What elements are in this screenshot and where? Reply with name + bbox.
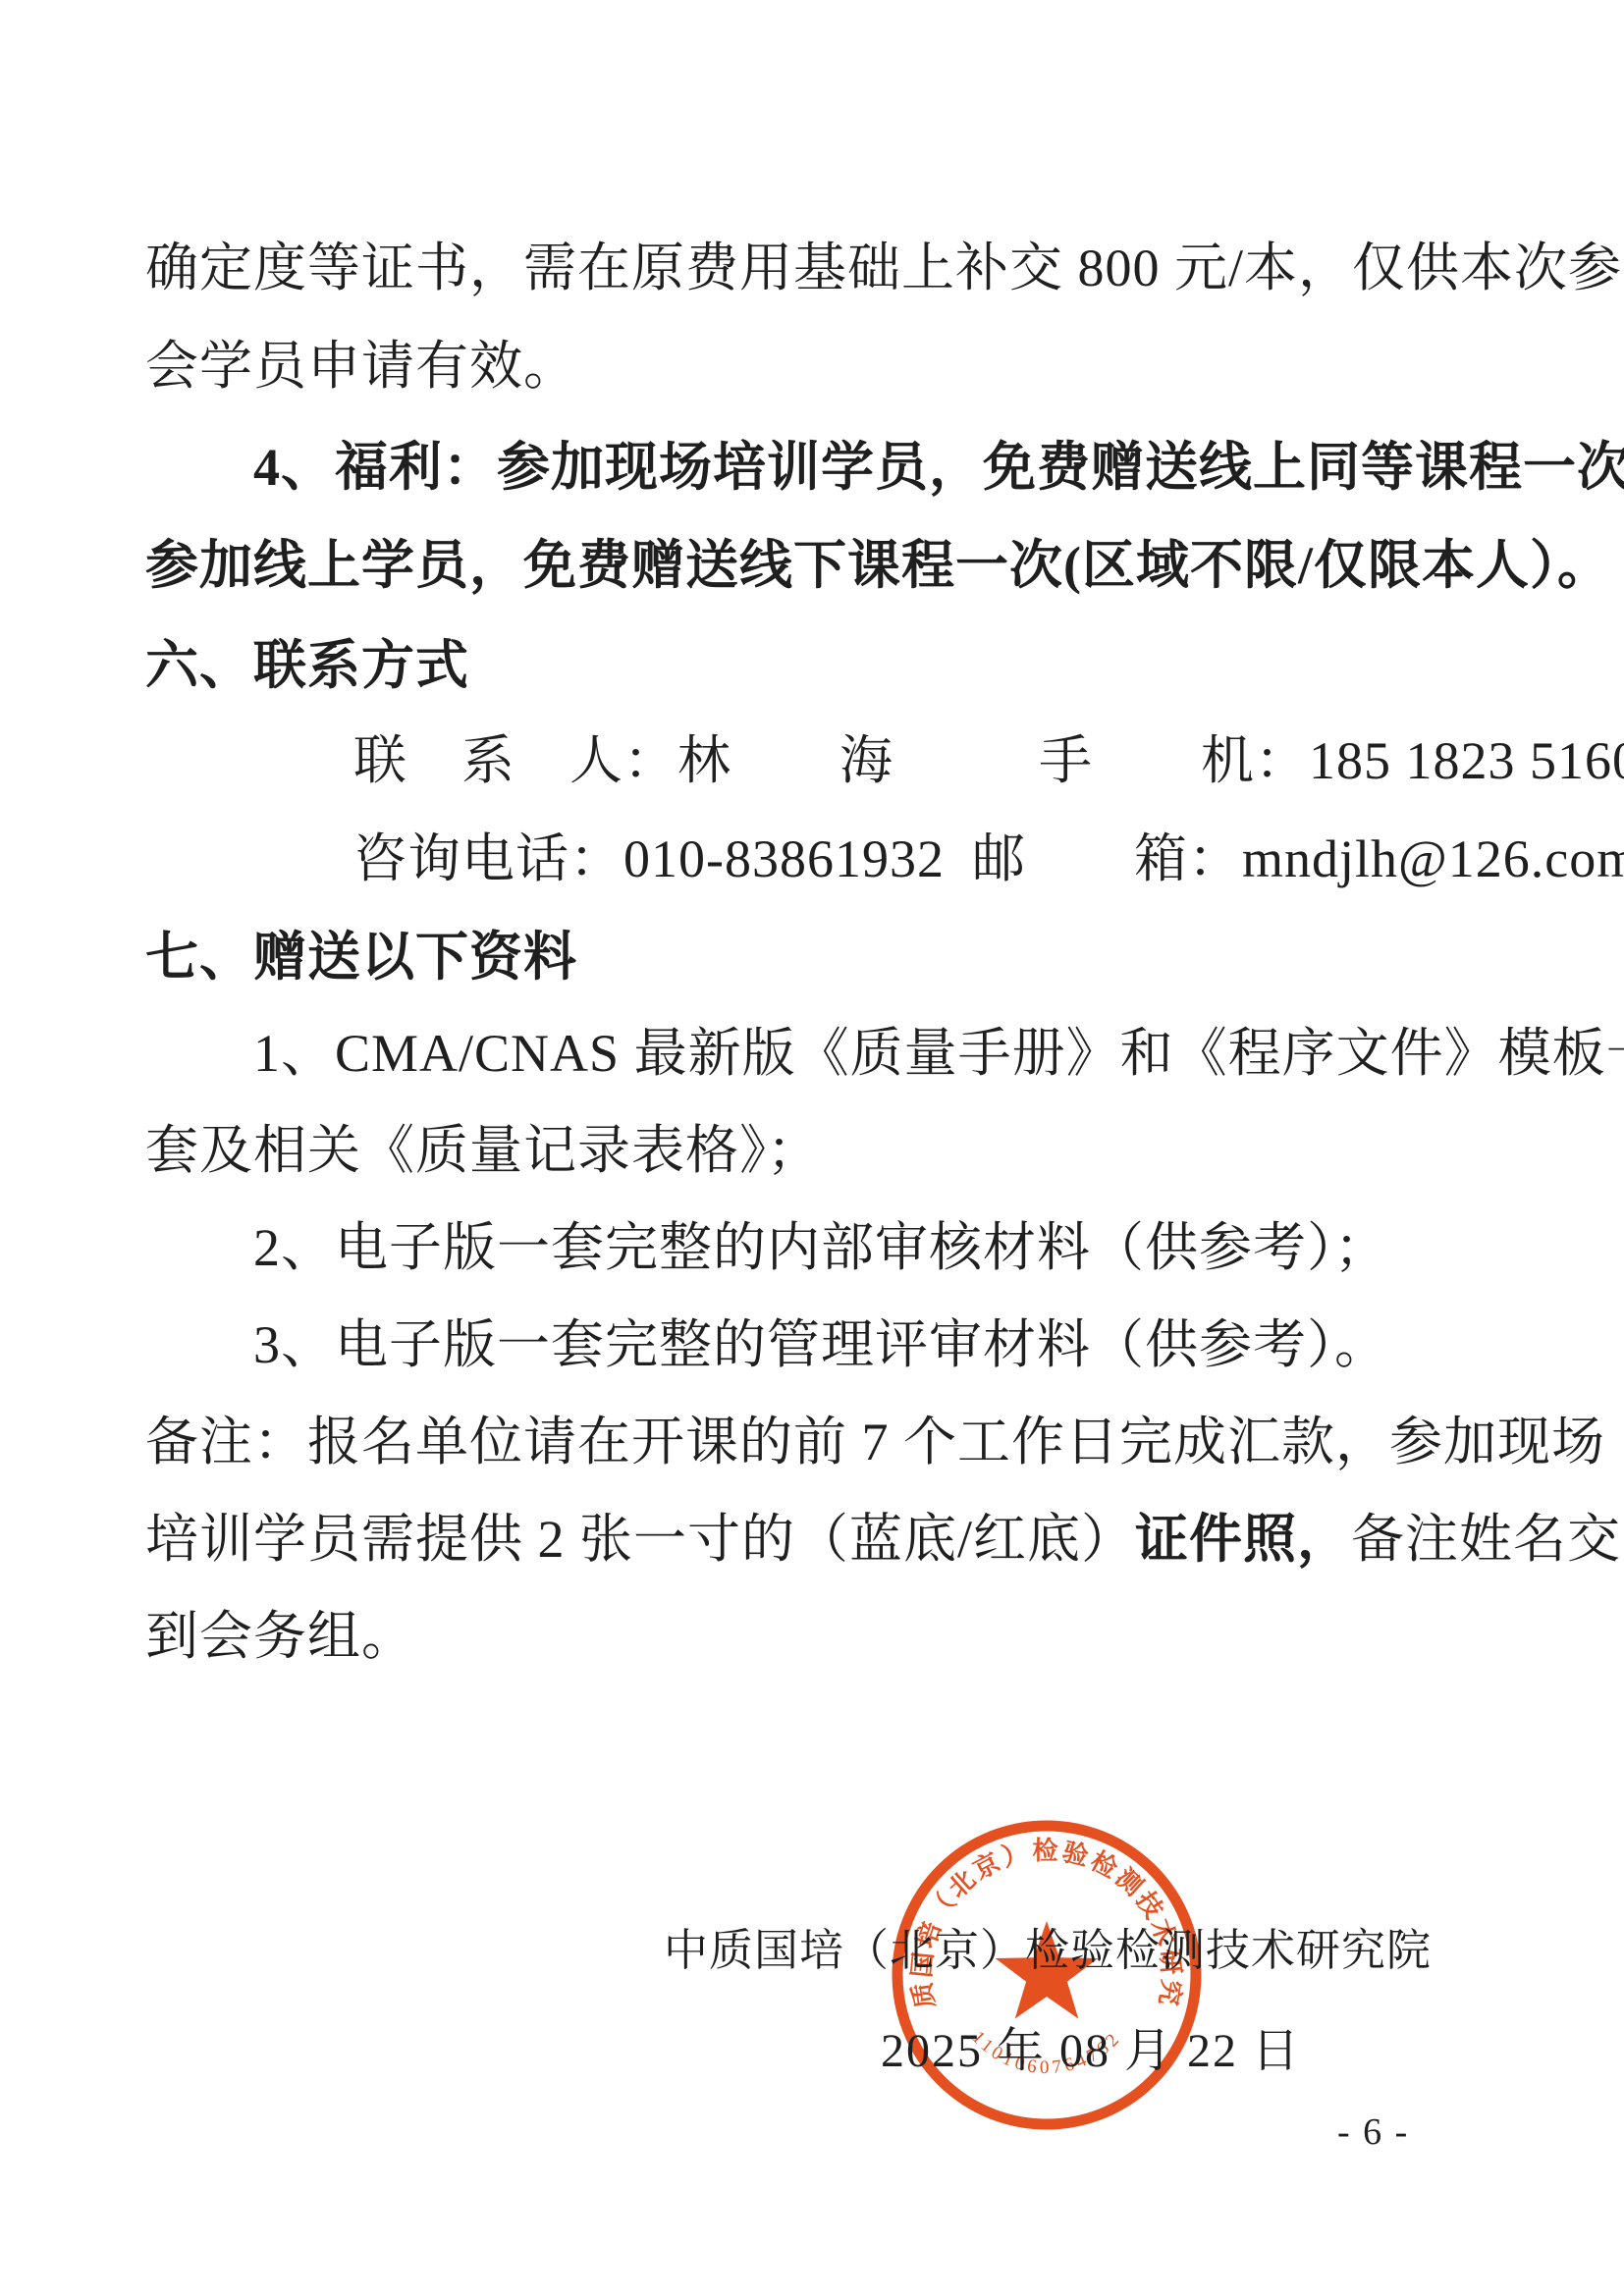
note-line-2-normal-b: 备注姓名交 [1351, 1510, 1621, 1569]
contact-tel: 咨询电话：010-83861932 [353, 829, 945, 888]
contact-email: 邮 箱：mndjlh@126.com [972, 829, 1624, 888]
document-page: 确定度等证书，需在原费用基础上补交 800 元/本，仅供本次参 会学员申请有效。… [0, 0, 1624, 2296]
material-item-2: 2、电子版一套完整的内部审核材料（供参考）； [253, 1212, 1388, 1283]
material-item-3: 3、电子版一套完整的管理评审材料（供参考）。 [253, 1309, 1388, 1380]
note-line-1: 备注：报名单位请在开课的前 7 个工作日完成汇款，参加现场 [145, 1407, 1605, 1477]
contact-person: 联 系 人：林 海 [353, 731, 893, 790]
body-line-benefit-1: 4、福利：参加现场培训学员，免费赠送线上同等课程一次， [253, 432, 1624, 503]
material-item-1-line-1: 1、CMA/CNAS 最新版《质量手册》和《程序文件》模板一 [253, 1018, 1624, 1089]
note-line-2: 培训学员需提供 2 张一寸的（蓝底/红底）证件照，备注姓名交 [145, 1504, 1621, 1575]
body-line-benefit-2: 参加线上学员，免费赠送线下课程一次(区域不限/仅限本人）。 [145, 530, 1611, 601]
page-number: - 6 - [1337, 2110, 1409, 2154]
note-line-2-normal-a: 培训学员需提供 2 张一寸的（蓝底/红底） [145, 1510, 1135, 1569]
body-line-2: 会学员申请有效。 [145, 331, 577, 401]
issue-date: 2025 年 08 月 22 日 [881, 2012, 1301, 2080]
section-heading-materials: 七、赠送以下资料 [145, 922, 577, 992]
body-line-1: 确定度等证书，需在原费用基础上补交 800 元/本，仅供本次参 [145, 233, 1622, 303]
material-item-1-line-2: 套及相关《质量记录表格》； [145, 1115, 821, 1186]
contact-row-1: 联 系 人：林 海手 机：185 1823 5160 [353, 725, 1624, 796]
section-heading-contact: 六、联系方式 [145, 630, 469, 701]
note-line-2-bold: 证件照， [1135, 1510, 1351, 1569]
note-line-3: 到会务组。 [145, 1601, 415, 1672]
contact-mobile: 手 机：185 1823 5160 [1039, 731, 1624, 790]
contact-row-2: 咨询电话：010-83861932邮 箱：mndjlh@126.com [353, 824, 1624, 894]
organization-name: 中质国培（北京）检验检测技术研究院 [664, 1914, 1432, 1978]
